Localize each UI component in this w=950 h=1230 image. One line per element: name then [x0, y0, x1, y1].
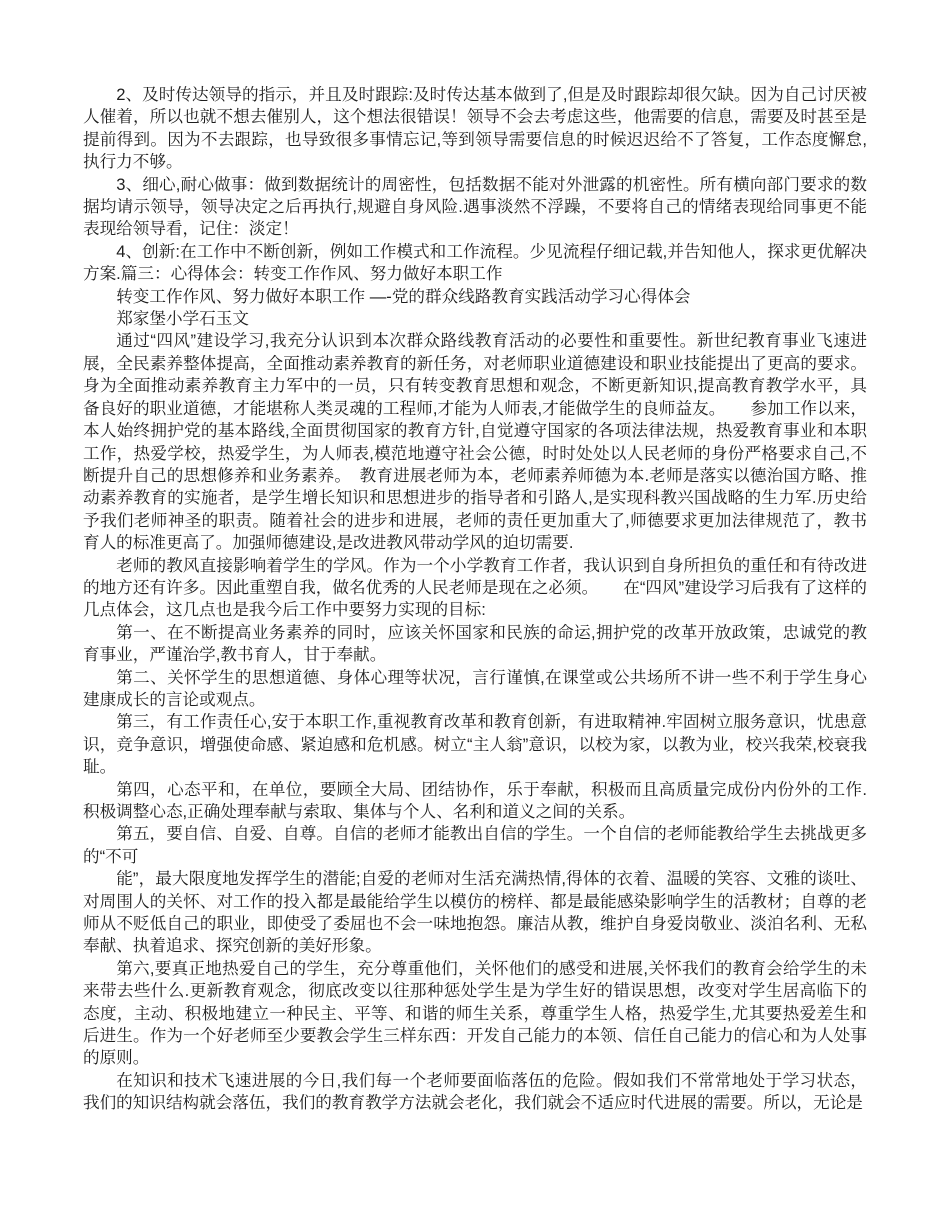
paragraph: 第四，心态平和，在单位，要顾全大局、团结协作，乐于奉献，积极而且高质量完成份内份…	[83, 779, 867, 824]
paragraph: 老师的教风直接影响着学生的学风。作为一个小学教育工作者，我认识到自身所担负的重任…	[83, 555, 867, 622]
paragraph: 第二、关怀学生的思想道德、身体心理等状况，言行谨慎,在课堂或公共场所不讲一些不利…	[83, 667, 867, 712]
paragraph: 3、细心,耐心做事：做到数据统计的周密性，包括数据不能对外泄露的机密性。所有横向…	[83, 174, 867, 241]
paragraph: 能”，最大限度地发挥学生的潜能;自爱的老师对生活充满热情,得体的衣着、温暖的笑容…	[83, 868, 867, 958]
paragraph: 第五，要自信、自爱、自尊。自信的老师才能教出自信的学生。一个自信的老师能教给学生…	[83, 823, 867, 868]
paragraph: 第六,要真正地热爱自己的学生，充分尊重他们，关怀他们的感受和进展,关怀我们的教育…	[83, 958, 867, 1070]
paragraph: 4、创新:在工作中不断创新，例如工作模式和工作流程。少见流程仔细记载,并告知他人…	[83, 241, 867, 286]
paragraph: 通过“四风”建设学习,我充分认识到本次群众路线教育活动的必要性和重要性。新世纪教…	[83, 330, 867, 554]
paragraph-author: 郑家堡小学石玉文	[83, 308, 867, 330]
document-page: 2、及时传达领导的指示，并且及时跟踪:及时传达基本做到了,但是及时跟踪却很欠缺。…	[0, 0, 950, 1230]
paragraph: 第三，有工作责任心,安于本职工作,重视教育改革和教育创新，有进取精神.牢固树立服…	[83, 711, 867, 778]
paragraph: 第一、在不断提高业务素养的同时，应该关怀国家和民族的命运,拥护党的改革开放政策，…	[83, 622, 867, 667]
document-body: 2、及时传达领导的指示，并且及时跟踪:及时传达基本做到了,但是及时跟踪却很欠缺。…	[83, 84, 867, 1115]
paragraph: 在知识和技术飞速进展的今日,我们每一个老师要面临落伍的危险。假如我们不常常地处于…	[83, 1070, 867, 1115]
paragraph-subtitle: 转变工作作风、努力做好本职工作 —-党的群众线路教育实践活动学习心得体会	[83, 286, 867, 308]
paragraph: 2、及时传达领导的指示，并且及时跟踪:及时传达基本做到了,但是及时跟踪却很欠缺。…	[83, 84, 867, 174]
